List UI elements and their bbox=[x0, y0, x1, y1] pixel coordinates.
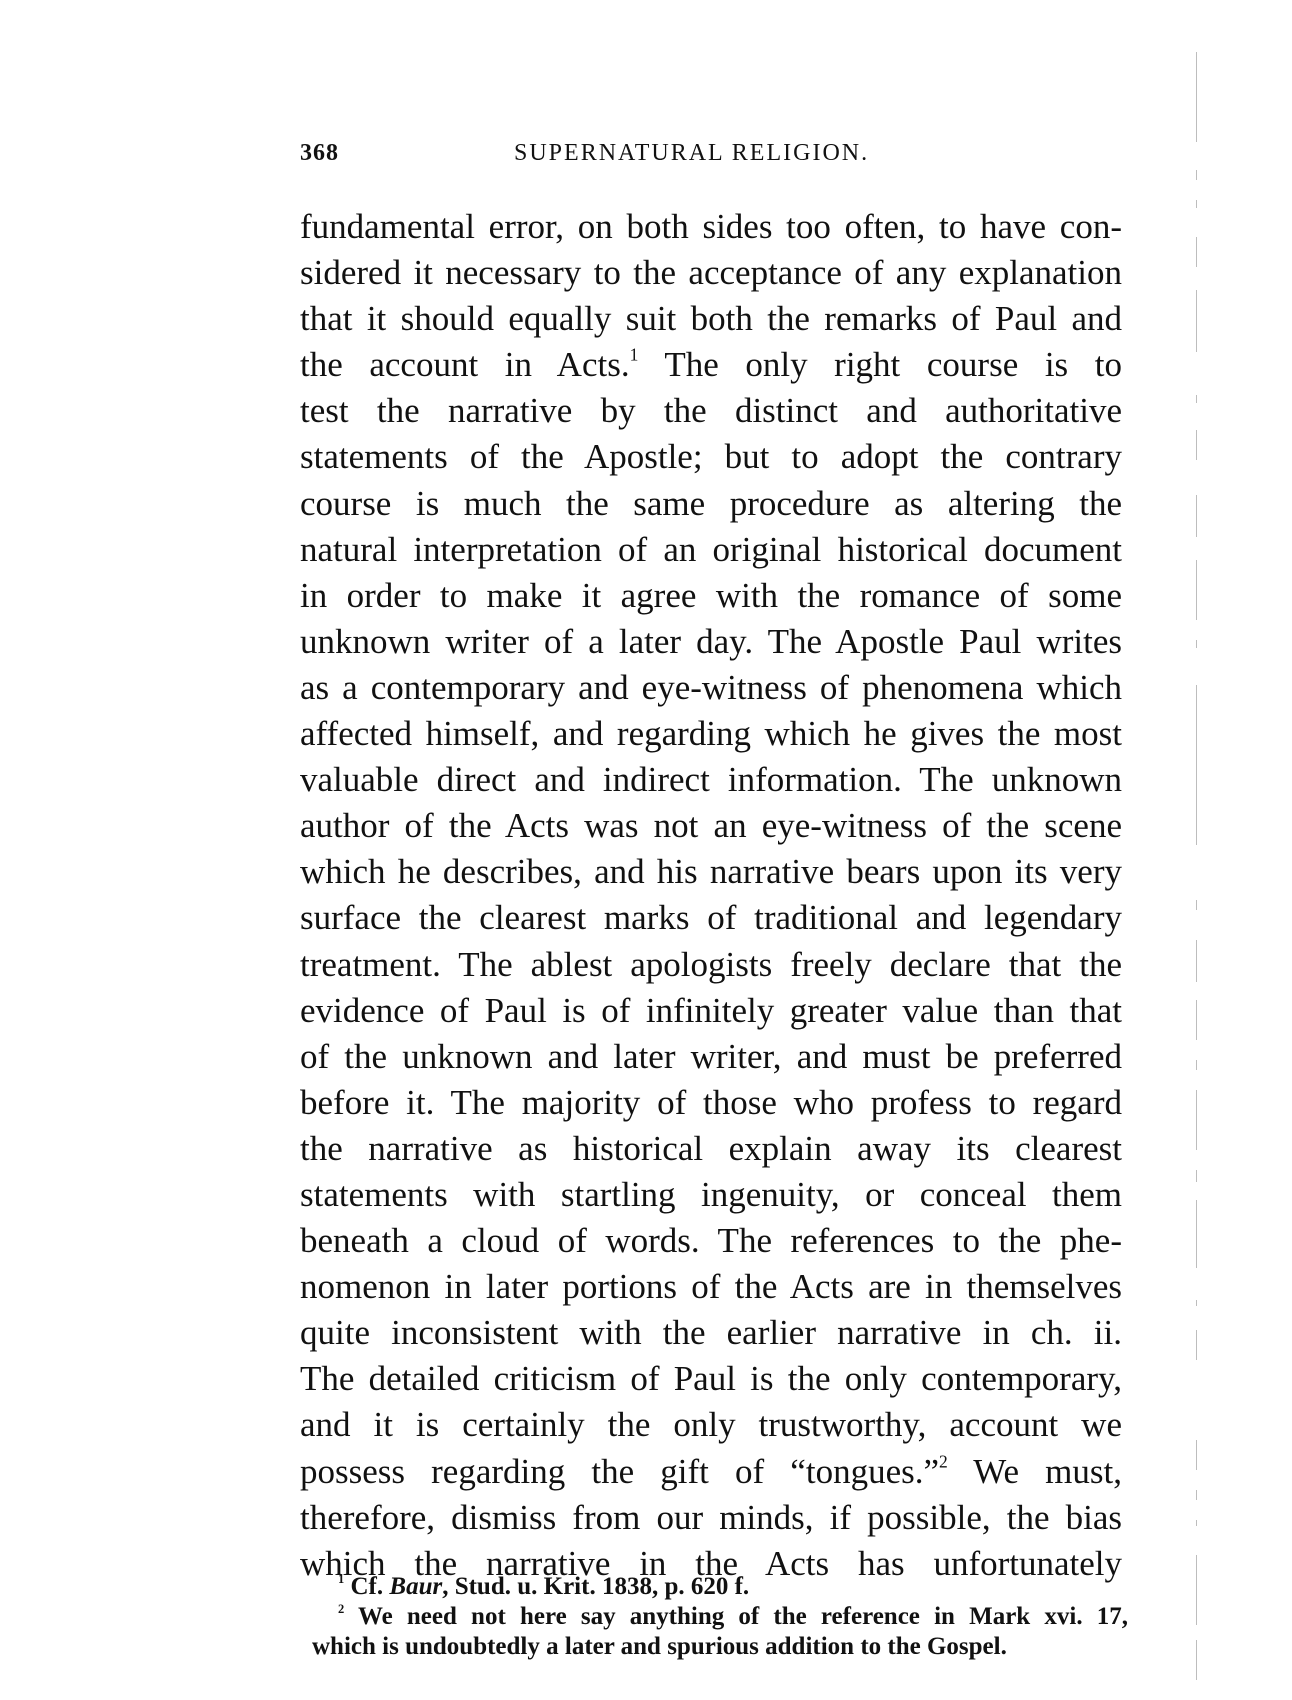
text-segment: possess regarding the gift of “tongues.” bbox=[300, 1452, 939, 1491]
text-line: sidered it necessary to the acceptance o… bbox=[300, 250, 1122, 296]
text-segment: The only right course is to bbox=[664, 345, 1122, 384]
footnote-marker: 2 bbox=[338, 1602, 344, 1616]
body-text: fundamental error, on both sides too oft… bbox=[300, 204, 1122, 1587]
footnote-author: Baur bbox=[389, 1573, 442, 1600]
text-line: beneath a cloud of words. The references… bbox=[300, 1218, 1122, 1264]
text-line: valuable direct and indirect information… bbox=[300, 757, 1122, 803]
footnote-2-continuation: which is undoubtedly a later and spuriou… bbox=[312, 1632, 1128, 1662]
running-title: SUPERNATURAL RELIGION. bbox=[514, 140, 869, 167]
text-line: statements with startling ingenuity, or … bbox=[300, 1172, 1122, 1218]
text-line: The detailed criticism of Paul is the on… bbox=[300, 1356, 1122, 1402]
text-line: unknown writer of a later day. The Apost… bbox=[300, 619, 1122, 665]
text-line: the account in Acts.1 The only right cou… bbox=[300, 342, 1122, 388]
text-line: in order to make it agree with the roman… bbox=[300, 573, 1122, 619]
running-head: 368 SUPERNATURAL RELIGION. bbox=[300, 140, 1122, 172]
footnote-reference-2[interactable]: 2 bbox=[939, 1451, 948, 1471]
text-line: natural interpretation of an original hi… bbox=[300, 527, 1122, 573]
text-line: fundamental error, on both sides too oft… bbox=[300, 204, 1122, 250]
text-line: treatment. The ablest apologists freely … bbox=[300, 942, 1122, 988]
footnote-marker: 1 bbox=[338, 1572, 344, 1586]
text-line: affected himself, and regarding which he… bbox=[300, 711, 1122, 757]
text-line: before it. The majority of those who pro… bbox=[300, 1080, 1122, 1126]
text-line: as a contemporary and eye-witness of phe… bbox=[300, 665, 1122, 711]
page-number: 368 bbox=[300, 140, 339, 167]
footnote-text: Cf. bbox=[351, 1573, 384, 1600]
text-line: that it should equally suit both the rem… bbox=[300, 296, 1122, 342]
text-line: author of the Acts was not an eye-witnes… bbox=[300, 803, 1122, 849]
footnote-text: , Stud. u. Krit. 1838, p. 620 f. bbox=[442, 1573, 749, 1600]
text-line: surface the clearest marks of traditiona… bbox=[300, 895, 1122, 941]
footnote-reference-1[interactable]: 1 bbox=[630, 345, 639, 365]
text-line: course is much the same procedure as alt… bbox=[300, 481, 1122, 527]
text-line: the narrative as historical explain away… bbox=[300, 1126, 1122, 1172]
text-line: evidence of Paul is of infinitely greate… bbox=[300, 988, 1122, 1034]
text-line: statements of the Apostle; but to adopt … bbox=[300, 434, 1122, 480]
footnote-1: 1 Cf. Baur, Stud. u. Krit. 1838, p. 620 … bbox=[312, 1572, 1128, 1602]
text-line: nomenon in later portions of the Acts ar… bbox=[300, 1264, 1122, 1310]
scan-edge-line bbox=[1196, 0, 1198, 1700]
text-line: possess regarding the gift of “tongues.”… bbox=[300, 1449, 1122, 1495]
text-segment: We must, bbox=[973, 1452, 1122, 1491]
text-line: and it is certainly the only trustworthy… bbox=[300, 1402, 1122, 1448]
text-segment: the account in Acts. bbox=[300, 345, 630, 384]
book-page: 368 SUPERNATURAL RELIGION. fundamental e… bbox=[0, 0, 1292, 1700]
text-line: therefore, dismiss from our minds, if po… bbox=[300, 1495, 1122, 1541]
footnotes: 1 Cf. Baur, Stud. u. Krit. 1838, p. 620 … bbox=[312, 1572, 1128, 1662]
footnote-text: We need not here say anything of the ref… bbox=[358, 1603, 1128, 1630]
text-line: test the narrative by the distinct and a… bbox=[300, 388, 1122, 434]
text-line: of the unknown and later writer, and mus… bbox=[300, 1034, 1122, 1080]
text-line: which he describes, and his narrative be… bbox=[300, 849, 1122, 895]
text-line: quite inconsistent with the earlier narr… bbox=[300, 1310, 1122, 1356]
footnote-2: 2 We need not here say anything of the r… bbox=[312, 1602, 1128, 1632]
